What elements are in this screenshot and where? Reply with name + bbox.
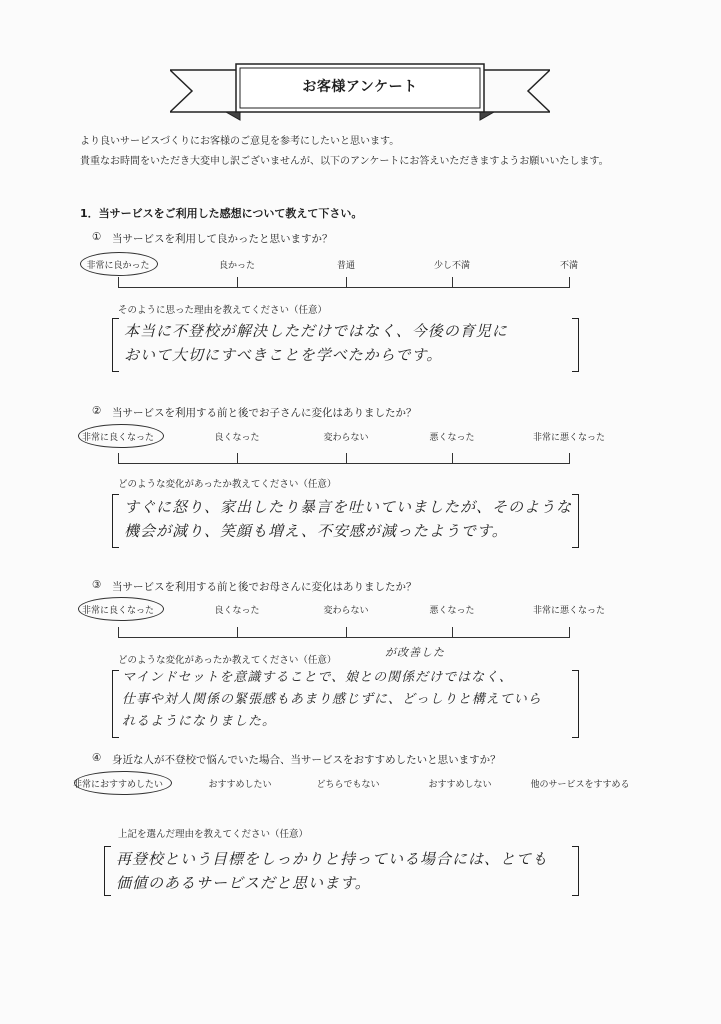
question-title: 当サービスを利用して良かったと思いますか？ [112, 231, 333, 246]
option-2[interactable]: 良かった [177, 258, 297, 271]
intro-line-2: 貴重なお時間をいただき大変申し訳ございませんが、以下のアンケートにお答えいただき… [80, 155, 609, 169]
option-4[interactable]: 悪くなった [392, 603, 512, 616]
scale-line [118, 637, 570, 638]
reason-label: どのような変化があったか教えてください（任意） [118, 652, 336, 666]
tick [569, 627, 570, 637]
tick [452, 277, 453, 287]
option-2[interactable]: 良くなった [177, 430, 297, 443]
reason-label: 上記を選んだ理由を教えてください（任意） [118, 826, 308, 840]
tick [237, 627, 238, 637]
title-banner: お客様アンケート [170, 62, 550, 122]
question-number: ③ [92, 579, 101, 591]
question-title: 身近な人が不登校で悩んでいた場合、当サービスをおすすめしたいと思いますか？ [112, 752, 501, 767]
option-3[interactable]: どちらでもない [288, 777, 408, 790]
answer-line-2: 機会が減り、笑顔も増え、不安感が減ったようです。 [124, 520, 508, 542]
scale-line [118, 287, 570, 288]
option-4[interactable]: 悪くなった [392, 430, 512, 443]
handwritten-annotation: が改善した [385, 646, 445, 660]
tick [346, 277, 347, 287]
bracket-left-icon [112, 670, 119, 738]
option-4[interactable]: 少し不満 [392, 258, 512, 271]
tick [237, 277, 238, 287]
option-3[interactable]: 変わらない [286, 430, 406, 443]
tick [346, 453, 347, 463]
answer-line-2: おいて大切にすべきことを学べたからです。 [124, 344, 442, 366]
bracket-right-icon [572, 846, 579, 896]
reason-label: どのような変化があったか教えてください（任意） [118, 476, 336, 490]
bracket-left-icon [112, 318, 119, 372]
option-5[interactable]: 非常に悪くなった [509, 430, 629, 443]
option-2[interactable]: おすすめしたい [180, 777, 300, 790]
tick [452, 453, 453, 463]
option-5[interactable]: 非常に悪くなった [509, 603, 629, 616]
question-number: ④ [92, 752, 101, 764]
option-2[interactable]: 良くなった [177, 603, 297, 616]
answer-line-1: 本当に不登校が解決しただけではなく、今後の育児に [124, 320, 508, 342]
answer-line-3: れるようになりました。 [122, 712, 276, 732]
bracket-left-icon [112, 494, 119, 548]
answer-line-1: すぐに怒り、家出したり暴言を吐いていましたが、そのような [124, 496, 572, 518]
answer-line-1: マインドセットを意識することで、娘との関係だけではなく、 [122, 668, 513, 688]
option-5[interactable]: 他のサービスをすすめる [520, 777, 640, 790]
scale-line [118, 463, 570, 464]
tick [569, 453, 570, 463]
bracket-right-icon [572, 670, 579, 738]
page-title: お客様アンケート [250, 76, 470, 96]
section-title: 1．当サービスをご利用した感想について教えて下さい。 [80, 205, 362, 221]
tick [118, 627, 119, 637]
selected-circle-icon [80, 252, 158, 276]
answer-line-1: 再登校という目標をしっかりと持っている場合には、とても [116, 848, 548, 870]
answer-line-2: 仕事や対人関係の緊張感もあまり感じずに、どっしりと構えていら [122, 690, 542, 710]
reason-label: そのように思った理由を教えてください（任意） [118, 302, 327, 316]
tick [569, 277, 570, 287]
selected-circle-icon [78, 424, 164, 448]
tick [237, 453, 238, 463]
question-title: 当サービスを利用する前と後でお子さんに変化はありましたか？ [112, 405, 417, 420]
selected-circle-icon [74, 771, 172, 795]
bracket-right-icon [572, 494, 579, 548]
bracket-right-icon [572, 318, 579, 372]
selected-circle-icon [78, 597, 164, 621]
answer-line-2: 価値のあるサービスだと思います。 [116, 872, 371, 894]
question-title: 当サービスを利用する前と後でお母さんに変化はありましたか？ [112, 579, 417, 594]
tick [118, 453, 119, 463]
tick [118, 277, 119, 287]
intro-line-1: より良いサービスづくりにお客様のご意見を参考にしたいと思います。 [80, 135, 399, 149]
tick [452, 627, 453, 637]
bracket-left-icon [104, 846, 111, 896]
option-5[interactable]: 不満 [509, 258, 629, 271]
tick [346, 627, 347, 637]
question-number: ② [92, 405, 101, 417]
option-3[interactable]: 変わらない [286, 603, 406, 616]
option-3[interactable]: 普通 [286, 258, 406, 271]
option-4[interactable]: おすすめしない [400, 777, 520, 790]
question-number: ① [92, 231, 101, 243]
